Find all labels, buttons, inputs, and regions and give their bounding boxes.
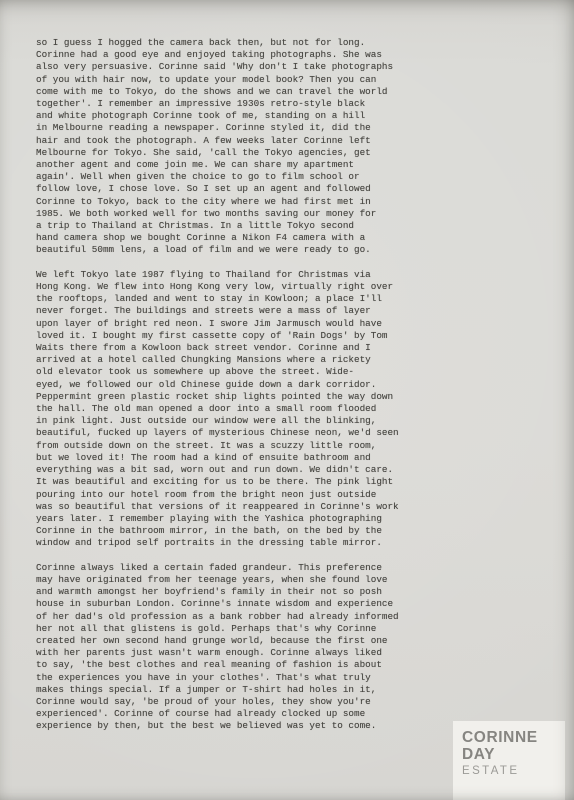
paragraph-hong-kong: We left Tokyo late 1987 flying to Thaila…	[36, 269, 436, 550]
scanned-memoir-page: so I guess I hogged the camera back then…	[0, 0, 574, 800]
logo-name-line2: DAY	[462, 747, 565, 764]
paragraph-tokyo: so I guess I hogged the camera back then…	[36, 37, 436, 257]
logo-name-line1: CORINNE	[462, 730, 565, 747]
memoir-text: so I guess I hogged the camera back then…	[36, 37, 436, 745]
corinne-day-estate-logo: CORINNE DAY ESTATE	[453, 721, 565, 800]
logo-estate-label: ESTATE	[462, 765, 565, 778]
paragraph-faded-grandeur: Corinne always liked a certain faded gra…	[36, 562, 436, 733]
